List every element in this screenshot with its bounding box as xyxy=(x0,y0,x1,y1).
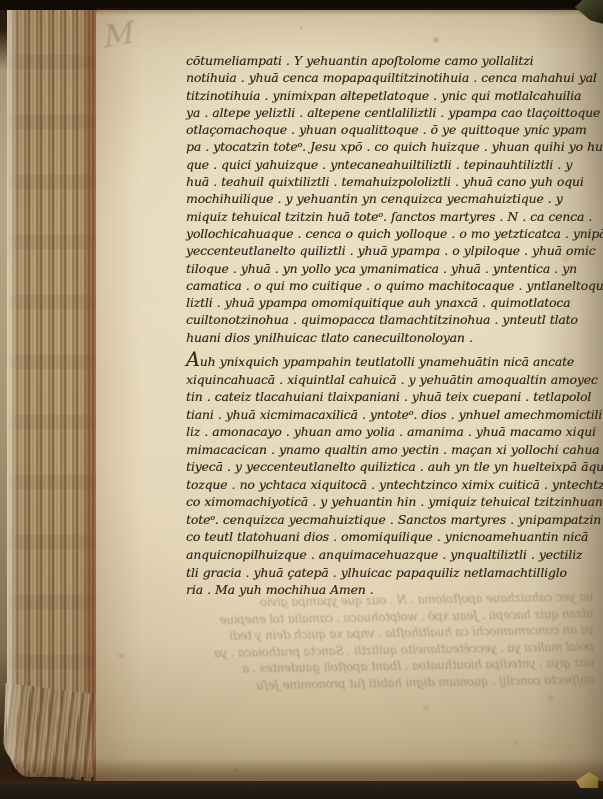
manuscript-text-line: Auh ynixquich ypampahin teutlatolli ynam… xyxy=(186,350,594,371)
manuscript-text-line: tli gracia . yhuā çatepā . ylhuicac papa… xyxy=(186,564,594,582)
manuscript-text-line: cuiltonotzinohua . quimopacca tlamachtit… xyxy=(186,311,594,328)
manuscript-text-line: que . quici yahuizque . yntecaneahuiltil… xyxy=(186,156,594,173)
manuscript-text-line: cōtumeliampati . Y yehuantin apoſtolome … xyxy=(186,52,594,69)
manuscript-text-line: anquicnopilhuizque . anquimacehuazque . … xyxy=(186,546,594,564)
background-bottom-strip xyxy=(0,781,603,799)
manuscript-text-line: co ximomachiyoticā . y yehuantin hin . y… xyxy=(186,493,594,511)
manuscript-text-line: mimacacican . ynamo qualtin amo yectin .… xyxy=(186,441,594,459)
manuscript-text-line: titzinotihuia . ynimixpan altepetlatoque… xyxy=(186,87,594,104)
ink-bleedthrough-text: ua yec cahuizhaue apoſtoloma . N . ouz q… xyxy=(181,588,595,695)
manuscript-text-line: tin . cateiz tlacahuiani tlaixpaniani . … xyxy=(186,388,594,406)
manuscript-text-line: ya . altepe yeliztli . altepene centlali… xyxy=(186,104,594,121)
manuscript-text-line: tiloque . yhuā . yn yollo yca ymanimatic… xyxy=(186,260,594,277)
manuscript-text-line: yollochicahuaque . cenca o quich yolloqu… xyxy=(186,225,594,242)
manuscript-text-line: camatica . o qui mo cuitique . o quimo m… xyxy=(186,277,594,294)
manuscript-text-line: pa . ytocatzin toteᵒ. Jesu xpō . co quic… xyxy=(186,138,594,155)
manuscript-text-line: co teutl tlatohuani dios . omomiquilique… xyxy=(186,528,594,546)
page-top-shadow xyxy=(96,8,603,16)
manuscript-text-line: mochihuilique . y yehuantin yn cenquizca… xyxy=(186,190,594,207)
manuscript-text-line: tiani . yhuā xicmimacaxilicā . yntoteᵒ. … xyxy=(186,406,594,424)
manuscript-text-line: huani dios ynilhuicac tlato canecuiltono… xyxy=(186,329,594,346)
manuscript-text-line: tozque . no ychtaca xiquitocā . yntechtz… xyxy=(186,476,594,494)
manuscript-text-line: ria . Ma yuh mochihua Amen . xyxy=(186,581,594,599)
manuscript-text-line: notihuia . yhuā cenca mopapaquiltitzinot… xyxy=(186,69,594,86)
manuscript-paragraph-1: cōtumeliampati . Y yehuantin apoſtolome … xyxy=(186,52,594,346)
manuscript-text-line: liz . amonacayo . yhuan amo yolia . aman… xyxy=(186,423,594,441)
manuscript-text-line: yeccenteutlanelto quiliztli . yhuā ypamp… xyxy=(186,242,594,259)
manuscript-text-line: otlaçomachoque . yhuan oqualittoque . ō … xyxy=(186,121,594,138)
manuscript-text-line: tiyecā . y yeccenteutlanelto quiliztica … xyxy=(186,458,594,476)
manuscript-paragraph-2: Auh ynixquich ypampahin teutlatolli ynam… xyxy=(186,350,594,599)
manuscript-text-line: huā . teahuil quixtiliztli . temahuizpol… xyxy=(186,173,594,190)
page-fore-edge-stack xyxy=(7,9,98,777)
manuscript-text-line: xiquincahuacā . xiquintlal cahuicā . y y… xyxy=(186,371,594,389)
manuscript-text-line: toteᵒ. cenquizca yecmahuiztique . Sancto… xyxy=(186,511,594,529)
pencil-mark: M xyxy=(103,15,136,55)
manuscript-text-line: liztli . yhuā ypampa omomiquitique auh y… xyxy=(186,294,594,311)
book-photograph: M ua yec cahuizhaue apoſtoloma . N . ouz… xyxy=(0,0,603,799)
manuscript-text-line: miquiz tehuical tzitzin huā toteᵒ. ſanct… xyxy=(186,208,594,225)
